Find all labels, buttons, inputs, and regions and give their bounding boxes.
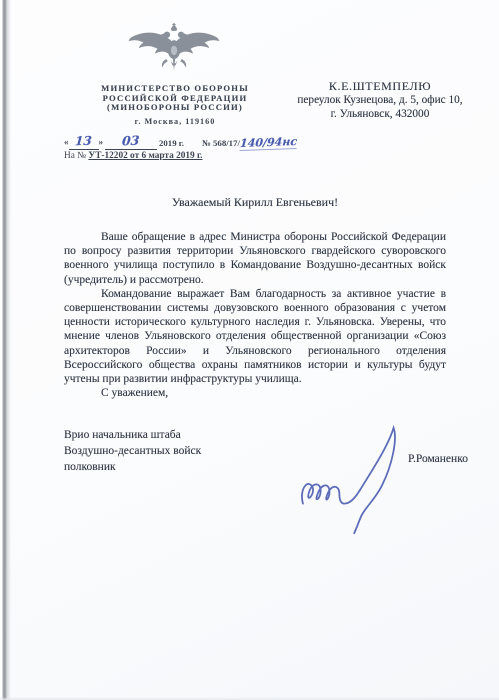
reply-reference-line: На № УТ-12202 от 6 марта 2019 г. <box>64 151 202 161</box>
letter-body: Ваше обращение в адрес Министра обороны … <box>64 230 446 400</box>
body-paragraph-2: Командование выражает Вам благодарность … <box>64 287 446 386</box>
letterhead-city-line: г. Москва, 119160 <box>62 117 288 126</box>
mod-double-headed-eagle-icon <box>126 23 222 81</box>
reference-line: «13»032019 г.№ 568/17/140/94нс <box>64 133 484 149</box>
reply-prefix: На № <box>64 151 86 161</box>
signer-name: Р.Романенко <box>408 452 468 468</box>
recipient-address-block: К.Е.ШТЕМПЕЛЮ переулок Кузнецова, д. 5, о… <box>268 79 492 121</box>
ministry-line: (МИНОБОРОНЫ РОССИИ) <box>62 103 288 113</box>
letterhead-ministry-name: МИНИСТЕРСТВО ОБОРОНЫ РОССИЙСКОЙ ФЕДЕРАЦИ… <box>62 84 288 113</box>
body-paragraph-1: Ваше обращение в адрес Министра обороны … <box>64 230 446 287</box>
close-quote: » <box>99 137 104 147</box>
year-label: 2019 г. <box>159 138 184 148</box>
handwritten-signature-icon <box>296 420 434 538</box>
salutation: Уважаемый Кирилл Евгеньевич! <box>64 195 446 210</box>
recipient-address-line: переулок Кузнецова, д. 5, офис 10, <box>268 93 492 107</box>
outgoing-number-label: № 568/17/ <box>202 138 240 148</box>
handwritten-date-month: 03 <box>122 133 140 149</box>
recipient-address-line: г. Ульяновск, 432000 <box>268 107 492 121</box>
reply-value: УТ-12202 от 6 марта 2019 г. <box>88 151 202 161</box>
handwritten-outgoing-number: 140/94нс <box>239 135 297 151</box>
signature-block: Врио начальника штаба Воздушно-десантных… <box>64 428 446 538</box>
handwritten-date-day: 13 <box>75 134 93 149</box>
recipient-name: К.Е.ШТЕМПЕЛЮ <box>268 79 492 93</box>
scan-edge-shadow <box>0 0 11 700</box>
closing-phrase: С уважением, <box>64 386 446 400</box>
